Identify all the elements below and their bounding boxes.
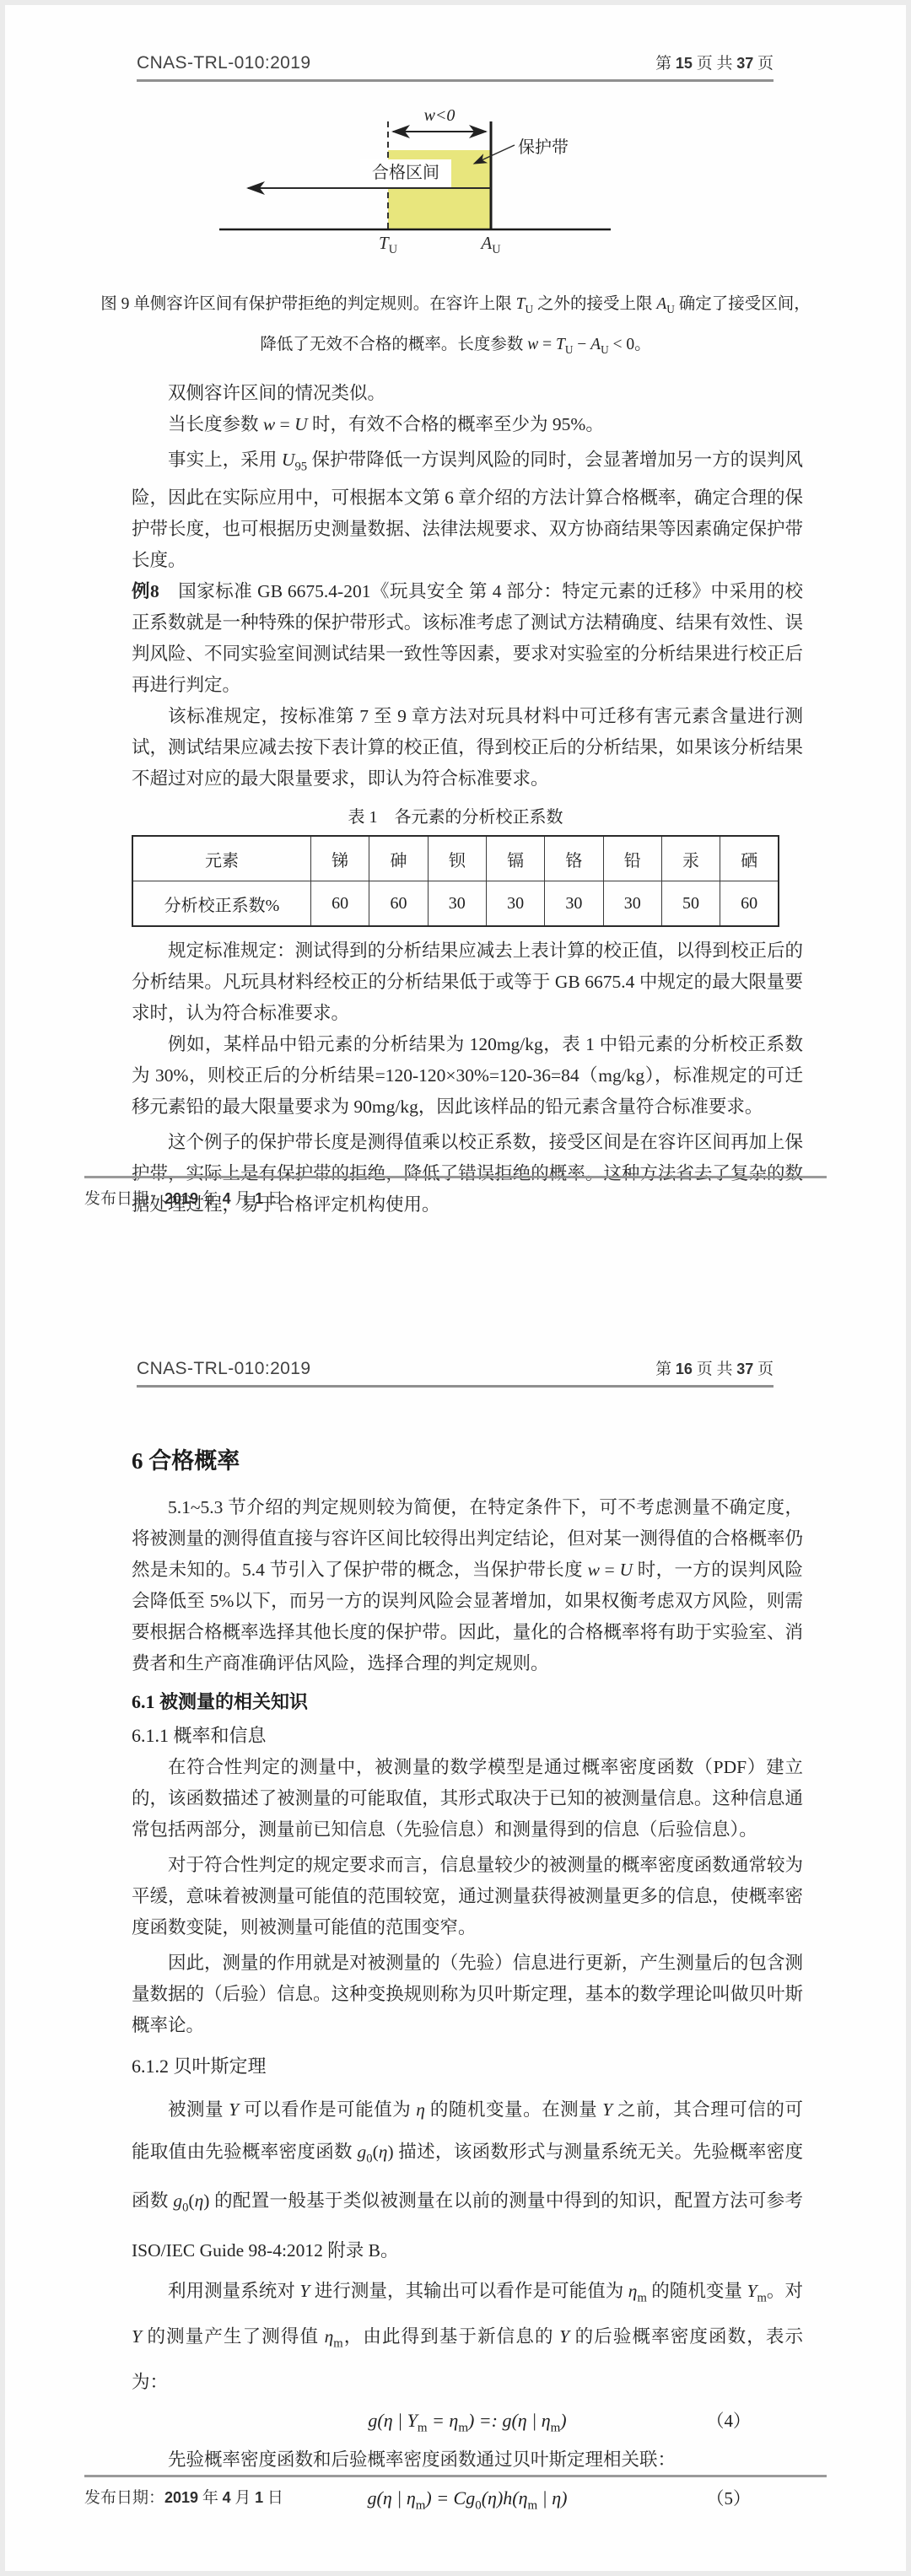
table-cell: 50 [661,881,720,927]
paragraph: 双侧容许区间的情况类似。 [132,378,803,409]
page2-content: 6 合格概率 5.1~5.3 节介绍的判定规则较为简便，在特定条件下，可不考虑测… [0,1275,911,2518]
release-date: 发布日期：2019 年 4 月 1 日 [84,1190,283,1208]
section-6-1-1-body: 在符合性判定的测量中，被测量的数学模型是通过概率密度函数（PDF）建立的，该函数… [132,1752,803,2041]
section-6-1-1-heading: 6.1.1 概率和信息 [132,1720,911,1752]
paragraph: 例如，某样品中铅元素的分析结果为 120mg/kg，表 1 中铅元素的分析校正系… [132,1029,803,1123]
section-6-1-2-heading: 6.1.2 贝叶斯定理 [132,2050,911,2083]
table-header-cell: 铬 [545,836,603,881]
document-code: CNAS-TRL-010:2019 [137,1359,310,1379]
paragraph: 利用测量系统对 Y 进行测量，其输出可以看作是可能值为 ηm 的随机变量 Ym。… [132,2272,803,2402]
table-cell: 60 [720,881,779,927]
figure-caption-line1: 图 9 单侧容许区间有保护带拒绝的判定规则。在容许上限 TU 之外的接受上限 A… [0,287,911,327]
page-footer: 发布日期：2019 年 4 月 1 日 [84,1176,827,1209]
figure-9-guard-band-diagram: w<0 合格区间 保护带 TU AU [219,110,616,275]
paragraph: 被测量 Y 可以看作是可能值为 η 的随机变量。在测量 Y 之前，其合理可信的可… [132,2088,803,2272]
paragraph: 在符合性判定的测量中，被测量的数学模型是通过概率密度函数（PDF）建立的，该函数… [132,1752,803,1846]
paragraph: 事实上，采用 U95 保护带降低一方误判风险的同时，会显著增加另一方的误判风险，… [132,445,803,576]
tolerance-upper-limit-label: TU [363,233,413,257]
table-header-row: 元素 锑 砷 钡 镉 铬 铅 汞 硒 [132,836,779,881]
acceptance-zone-label: 合格区间 [360,159,451,187]
table-header-cell: 砷 [369,836,428,881]
paragraph: 当长度参数 w = U 时，有效不合格的概率至少为 95%。 [132,409,803,440]
table-cell: 30 [603,881,661,927]
paragraph: 5.1~5.3 节介绍的判定规则较为简便，在特定条件下，可不考虑测量不确定度，将… [132,1492,803,1679]
section-6-1-2-body-2: 利用测量系统对 Y 进行测量，其输出可以看作是可能值为 ηm 的随机变量 Ym。… [132,2272,803,2402]
section-6-1-heading: 6.1 被测量的相关知识 [132,1686,911,1718]
table-header-cell: 锑 [311,836,369,881]
page-footer: 发布日期：2019 年 4 月 1 日 [84,2475,827,2508]
paragraph-example-8: 例8 国家标准 GB 6675.4-201《玩具安全 第 4 部分：特定元素的迁… [132,576,803,701]
table-cell: 60 [369,881,428,927]
paragraph: 规定标准规定：测试得到的分析结果应减去上表计算的校正值，以得到校正后的分析结果。… [132,935,803,1029]
equation-4: g(η | Ym = ηm) =: g(η | ηm) [132,2401,803,2447]
paragraph: 因此，测量的作用就是对被测量的（先验）信息进行更新，产生测量后的包含测量数据的（… [132,1948,803,2041]
figure-caption: 图 9 单侧容许区间有保护带拒绝的判定规则。在容许上限 TU 之外的接受上限 A… [0,287,911,368]
page-number-info: 第 16 页 共 37 页 [655,1356,774,1379]
section-6-heading: 6 合格概率 [132,1442,911,1475]
page-number-info: 第 15 页 共 37 页 [655,51,774,73]
release-date: 发布日期：2019 年 4 月 1 日 [84,2489,283,2507]
table-header-cell: 铅 [603,836,661,881]
table-header-cell: 硒 [720,836,779,881]
w-length-label: w<0 [388,106,491,126]
paragraph: 对于符合性判定的规定要求而言，信息量较少的被测量的概率密度函数通常较为平缓，意味… [132,1850,803,1943]
guard-band-label: 保护带 [518,133,569,158]
document-page-15: CNAS-TRL-010:2019 第 15 页 共 37 页 w<0 合格区间… [0,0,911,1275]
acceptance-upper-limit-label: AU [466,233,516,257]
table-cell: 30 [428,881,486,927]
table-cell: 60 [311,881,369,927]
document-code: CNAS-TRL-010:2019 [137,53,310,73]
table-header-cell: 镉 [486,836,544,881]
table-header-cell: 元素 [132,836,311,881]
document-page-16: CNAS-TRL-010:2019 第 16 页 共 37 页 6 合格概率 5… [0,1275,911,2576]
table-header-cell: 汞 [661,836,720,881]
section-6-1-2-body-1: 被测量 Y 可以看作是可能值为 η 的随机变量。在测量 Y 之前，其合理可信的可… [132,2088,803,2272]
figure-caption-line2: 降低了无效不合格的概率。长度参数 w = TU − AU < 0。 [0,327,911,368]
table-cell: 分析校正系数% [132,881,311,927]
table-header-cell: 钡 [428,836,486,881]
equation-4-row: g(η | Ym = ηm) =: g(η | ηm) （4） [132,2401,803,2440]
table-cell: 30 [545,881,603,927]
page-header: CNAS-TRL-010:2019 第 16 页 共 37 页 [137,1356,774,1388]
table-cell: 30 [486,881,544,927]
table-data-row: 分析校正系数% 60 60 30 30 30 30 50 60 [132,881,779,927]
paragraph: 该标准规定，按标准第 7 至 9 章方法对玩具材料中可迁移有害元素含量进行测试，… [132,701,803,795]
table-1-correction-factors: 元素 锑 砷 钡 镉 铬 铅 汞 硒 分析校正系数% 60 60 30 30 3… [132,835,779,927]
equation-4-number: （4） [707,2401,752,2440]
table-1-caption: 表 1 各元素的分析校正系数 [0,803,911,827]
body-text-block-1: 双侧容许区间的情况类似。 当长度参数 w = U 时，有效不合格的概率至少为 9… [132,378,803,795]
section-6-intro: 5.1~5.3 节介绍的判定规则较为简便，在特定条件下，可不考虑测量不确定度，将… [132,1492,803,1679]
page-header: CNAS-TRL-010:2019 第 15 页 共 37 页 [137,51,774,82]
